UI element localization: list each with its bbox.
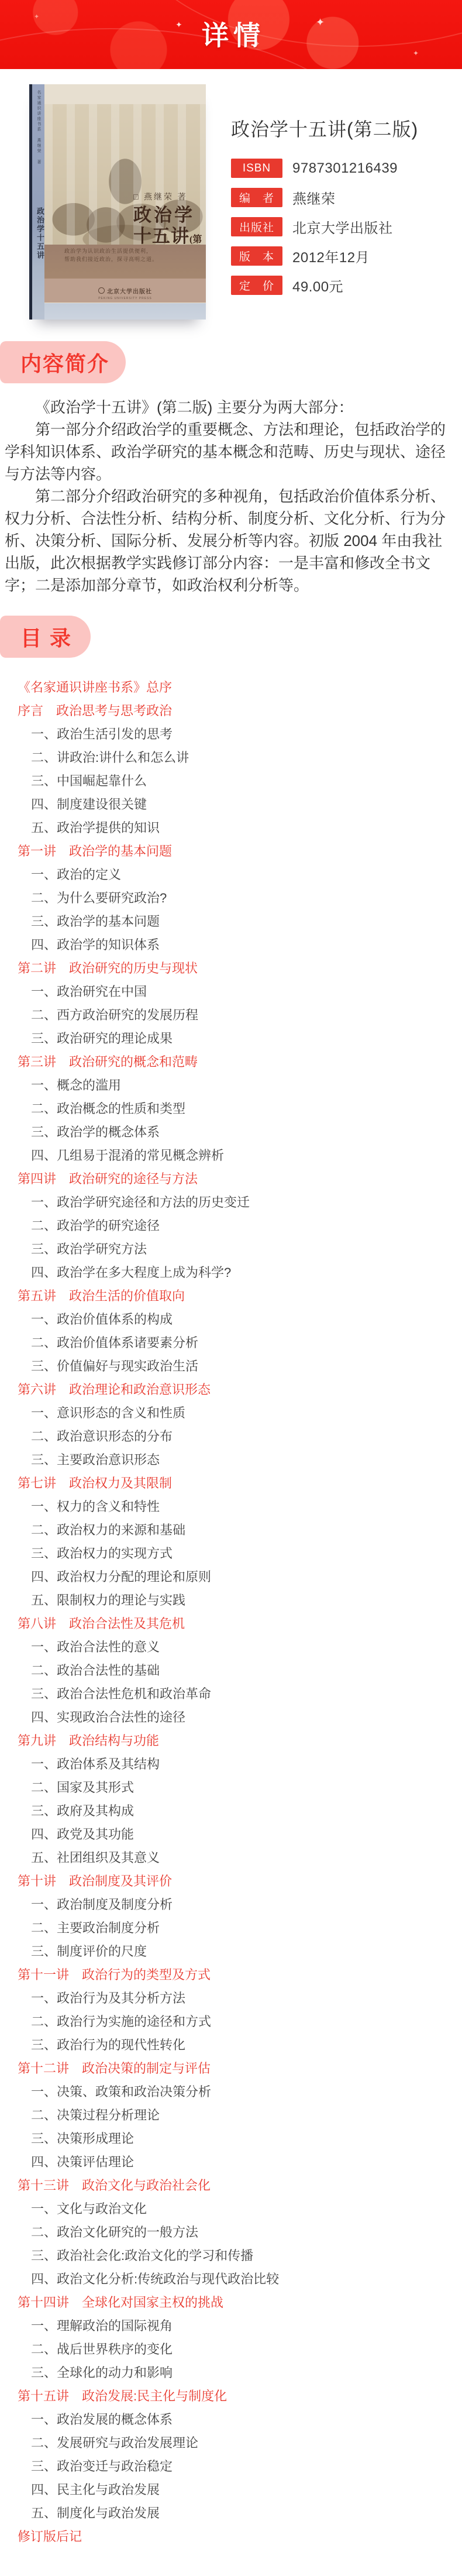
toc-item: 四、政治学在多大程度上成为科学? [0,1261,462,1284]
toc-item: 二、发展研究与政治发展理论 [0,2431,462,2455]
toc-item: 二、决策过程分析理论 [0,2104,462,2127]
intro-paragraphs: 《政治学十五讲》(第二版) 主要分为两大部分： 第一部分介绍政治学的重要概念、方… [0,396,462,596]
toc-item: 三、决策形成理论 [0,2127,462,2151]
toc-item: 三、制度评价的尺度 [0,1940,462,1963]
toc-item: 五、限制权力的理论与实践 [0,1589,462,1612]
toc-item: 一、政治研究在中国 [0,980,462,1004]
toc-item: 四、政治文化分析:传统政治与现代政治比较 [0,2268,462,2291]
toc-item: 三、政治研究的理论成果 [0,1027,462,1050]
toc-item: 一、政治价值体系的构成 [0,1308,462,1331]
toc-chapter-heading: 第十四讲 全球化对国家主权的挑战 [0,2291,462,2314]
section-title-intro: 内容简介 [0,341,126,383]
field-label-badge: 定 价 [231,276,282,295]
toc-item: 一、政治学研究途径和方法的历史变迁 [0,1191,462,1214]
cover-bottom-strip [44,303,206,320]
book-info: 政治学十五讲(第二版) ISBN 9787301216439 编 者 燕继荣 出… [231,115,453,305]
field-value: 北京大学出版社 [292,217,393,237]
field-value: 2012年12月 [292,246,370,266]
book-cover: 名家通识讲座书系 燕继荣 著 政治学十五讲 名家通识讲座书系 □ 燕继荣 著 政… [29,84,206,320]
banner-title: 详情 [0,15,462,53]
book-front-cover: 名家通识讲座书系 □ 燕继荣 著 政治学 十五讲(第二版) 政治学为认识政治生活… [44,84,206,320]
toc-item: 三、政治社会化:政治文化的学习和传播 [0,2244,462,2268]
toc-item: 一、政治合法性的意义 [0,1636,462,1659]
toc-item: 三、中国崛起靠什么 [0,770,462,793]
toc-item: 四、决策评估理论 [0,2151,462,2174]
spine-series-text: 名家通识讲座书系 燕继荣 著 [36,90,42,165]
toc-item: 三、政治权力的实现方式 [0,1542,462,1565]
toc-item: 一、决策、政策和政治决策分析 [0,2080,462,2104]
toc-item: 一、政治生活引发的思考 [0,723,462,746]
toc-chapter-heading: 第十二讲 政治决策的制定与评估 [0,2057,462,2080]
toc-item: 三、政府及其构成 [0,1799,462,1823]
toc-item: 二、政治文化研究的一般方法 [0,2221,462,2244]
product-section: 名家通识讲座书系 燕继荣 著 政治学十五讲 名家通识讲座书系 □ 燕继荣 著 政… [0,69,462,341]
publisher-seal-icon [98,287,105,294]
toc-chapter-heading: 第十一讲 政治行为的类型及方式 [0,1963,462,1987]
book-spine: 名家通识讲座书系 燕继荣 著 政治学十五讲 [29,84,44,320]
toc-item: 一、政治制度及制度分析 [0,1893,462,1916]
toc-item: 一、概念的滥用 [0,1074,462,1097]
toc-item: 三、全球化的动力和影响 [0,2361,462,2385]
toc-item: 四、政治学的知识体系 [0,933,462,957]
toc-item: 一、政治体系及其结构 [0,1753,462,1776]
section-title-toc: 目 录 [0,616,91,658]
toc-item: 二、讲政治:讲什么和怎么讲 [0,746,462,770]
cover-author: □ 燕继荣 著 [133,191,187,202]
toc-item: 一、政治发展的概念体系 [0,2408,462,2431]
toc-item: 三、政治变迁与政治稳定 [0,2455,462,2478]
toc-item: 二、政治合法性的基础 [0,1659,462,1682]
toc-item: 二、政治学的研究途径 [0,1214,462,1238]
field-label-badge: 编 者 [231,188,282,207]
book-fields: ISBN 9787301216439 编 者 燕继荣 出版社 北京大学出版社 版… [231,159,453,295]
toc-item: 二、政治行为实施的途径和方式 [0,2010,462,2034]
field-row-edition: 版 本 2012年12月 [231,246,453,266]
toc-chapter-heading: 第四讲 政治研究的途径与方法 [0,1167,462,1191]
intro-paragraph: 第二部分介绍政治研究的多种视角，包括政治价值体系分析、权力分析、合法性分析、结构… [5,485,457,596]
toc-chapter-heading: 第六讲 政治理论和政治意识形态 [0,1378,462,1402]
toc-chapter-heading: 第三讲 政治研究的概念和范畴 [0,1050,462,1074]
toc-chapter-heading: 第七讲 政治权力及其限制 [0,1472,462,1495]
toc-item: 五、制度化与政治发展 [0,2502,462,2525]
toc-item: 五、社团组织及其意义 [0,1846,462,1870]
cover-tagline: 政治学为认识政治生活提供便利， 帮助我们接近政治，探寻高明之道。 [64,247,158,263]
cover-title-line1: 政治学 [133,205,206,226]
toc-chapter-heading: 《名家通识讲座书系》总序 [0,676,462,699]
publisher-mark: 北京大学出版社 PEKING UNIVERSITY PRESS [44,286,206,300]
toc-item: 三、政治学的概念体系 [0,1121,462,1144]
field-row-publisher: 出版社 北京大学出版社 [231,217,453,236]
toc-item: 一、文化与政治文化 [0,2197,462,2221]
book-title: 政治学十五讲(第二版) [231,115,453,142]
toc-chapter-heading: 第一讲 政治学的基本问题 [0,840,462,863]
toc-chapter-heading: 第五讲 政治生活的价值取向 [0,1284,462,1308]
publisher-name-en: PEKING UNIVERSITY PRESS [44,297,206,300]
toc-item: 四、几组易于混淆的常见概念辨析 [0,1144,462,1167]
toc-item: 二、政治权力的来源和基础 [0,1519,462,1542]
toc-item: 一、意识形态的含义和性质 [0,1402,462,1425]
field-label-badge: 出版社 [231,217,282,236]
toc-chapter-heading: 第九讲 政治结构与功能 [0,1729,462,1753]
toc-chapter-heading: 第八讲 政治合法性及其危机 [0,1612,462,1636]
toc-item: 四、政党及其功能 [0,1823,462,1846]
toc-chapter-heading: 第二讲 政治研究的历史与现状 [0,957,462,980]
field-label-badge: 版 本 [231,246,282,266]
toc-item: 二、为什么要研究政治? [0,887,462,910]
intro-paragraph: 《政治学十五讲》(第二版) 主要分为两大部分： [5,396,457,418]
field-label-badge: ISBN [231,159,282,178]
toc-item: 二、政治意识形态的分布 [0,1425,462,1448]
toc-item: 四、制度建设很关键 [0,793,462,816]
toc-item: 四、民主化与政治发展 [0,2478,462,2502]
toc-item: 一、政治行为及其分析方法 [0,1987,462,2010]
toc-item: 二、主要政治制度分析 [0,1916,462,1940]
detail-banner: ✦ ✦ ✦ ✦ ✦ 详情 [0,0,462,69]
toc-item: 三、政治行为的现代性转化 [0,2034,462,2057]
toc-item: 四、政治权力分配的理论和原则 [0,1565,462,1589]
toc-list: 《名家通识讲座书系》总序序言 政治思考与思考政治一、政治生活引发的思考二、讲政治… [0,676,462,2548]
toc-chapter-heading: 第十五讲 政治发展:民主化与制度化 [0,2385,462,2408]
toc-item: 四、实现政治合法性的途径 [0,1706,462,1729]
toc-item: 五、政治学提供的知识 [0,816,462,840]
field-row-editor: 编 者 燕继荣 [231,188,453,207]
toc-item: 一、理解政治的国际视角 [0,2314,462,2338]
field-value: 燕继荣 [292,187,336,208]
toc-item: 二、战后世界秩序的变化 [0,2338,462,2361]
toc-item: 二、西方政治研究的发展历程 [0,1004,462,1027]
toc-chapter-heading: 序言 政治思考与思考政治 [0,699,462,723]
field-row-isbn: ISBN 9787301216439 [231,159,453,178]
toc-item: 二、政治概念的性质和类型 [0,1097,462,1121]
toc-item: 三、主要政治意识形态 [0,1448,462,1472]
intro-paragraph: 第一部分介绍政治学的重要概念、方法和理论，包括政治学的学科知识体系、政治学研究的… [5,418,457,485]
toc-item: 三、政治合法性危机和政治革命 [0,1682,462,1706]
toc-item: 三、政治学研究方法 [0,1238,462,1261]
toc-chapter-heading: 第十讲 政治制度及其评价 [0,1870,462,1893]
toc-item: 一、权力的含义和特性 [0,1495,462,1519]
toc-item: 三、价值偏好与现实政治生活 [0,1355,462,1378]
toc-chapter-heading: 第十三讲 政治文化与政治社会化 [0,2174,462,2197]
field-row-price: 定 价 49.00元 [231,276,453,295]
toc-chapter-heading: 修订版后记 [0,2525,462,2548]
field-value: 9787301216439 [292,160,398,177]
toc-item: 一、政治的定义 [0,863,462,887]
field-value: 49.00元 [292,275,343,296]
toc-item: 三、政治学的基本问题 [0,910,462,933]
toc-item: 二、国家及其形式 [0,1776,462,1799]
toc-item: 二、政治价值体系诸要素分析 [0,1331,462,1355]
